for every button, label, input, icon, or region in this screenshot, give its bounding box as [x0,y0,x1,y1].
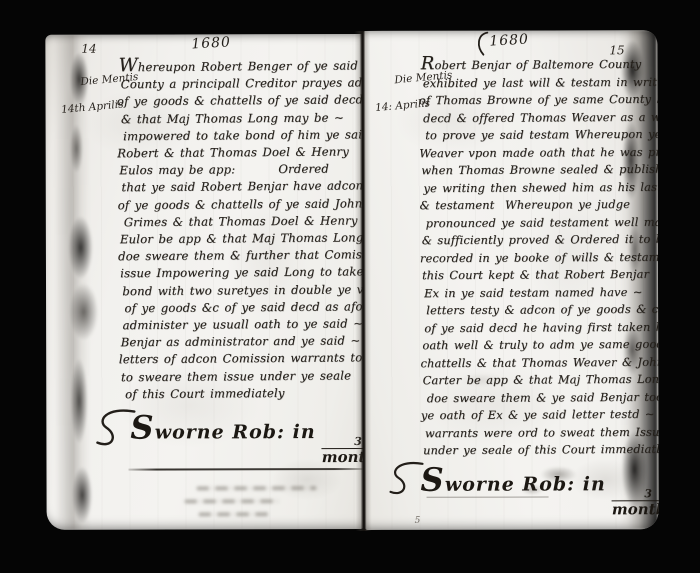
signature-denominator: monthes [612,500,659,517]
manuscript-line: of ye goods &c of ye said decd as afores… [124,298,364,317]
manuscript-line: of Thomas Browne of ye same County late [419,91,653,110]
manuscript-line: doe sweare them & further that Comission [118,247,365,266]
entry-divider-rule-left [128,468,362,471]
manuscript-line: oath well & truly to adm ye same goods & [422,336,654,355]
manuscript-line: when Thomas Browne sealed & published [421,161,653,180]
manuscript-line: & testament Whereupon ye judge [420,196,654,215]
manuscript-line: letters testy & adcon of ye goods & chat… [426,301,654,320]
signature-right: Sworne Rob: in3monthes [420,460,658,518]
manuscript-line: chattells & that Thomas Weaver & John [421,353,655,372]
manuscript-line: County a principall Creditor prayes adco… [121,75,365,94]
manuscript-line: Benjar as administrator and ye said ~ [121,333,365,352]
manuscript-line: under ye seale of this Court immediatly [423,441,655,460]
manuscript-line: that ye said Robert Benjar have adcon [121,178,364,197]
manuscript-line: letters of adcon Comission warrants to a… [119,350,365,369]
manuscript-line: to prove ye said testam Whereupon ye sai… [425,126,653,145]
bleed-through-text [199,512,269,516]
pen-flourish-icon [475,31,489,57]
signature-numerator: 3 [644,488,652,499]
manuscript-line: of ye goods & chattells of ye said decd [117,92,365,111]
manuscript-line: of this Court immediately [125,384,365,403]
manuscript-photo: 14 1680 Die Mentis 14th Aprilis Whereupo… [0,0,700,573]
manuscript-line: exhibited ye last will & testam in writi… [423,73,653,92]
signature-left: Sworne Rob: in3monthes [130,408,364,466]
manuscript-line: Grimes & that Thomas Doel & Henry [124,212,365,231]
manuscript-line: Carter be app & that Maj Thomas Long [423,371,655,390]
manuscript-line: Eulos may be app: Ordered [119,161,364,180]
manuscript-text-right: Robert Benjar of Baltemore Countyexhibit… [421,54,655,460]
manuscript-text-left: Whereupon Robert Benger of ye saidCounty… [119,55,365,403]
page-number-left: 14 [81,42,96,56]
signature-text: Sworne Rob: in [420,460,605,498]
manuscript-line: & that Maj Thomas Long may be ~ [121,109,365,128]
manuscript-line: warrants were ord to sweat them Issued [425,423,655,442]
manuscript-line: doe sweare them & ye said Benjar tooke [427,388,655,407]
manuscript-line: Whereupon Robert Benger of ye said [119,55,365,76]
manuscript-line: ye writing then shewed him as his last w… [423,178,653,197]
manuscript-line: recorded in ye booke of wills & testam i… [420,248,654,267]
manuscript-line: administer ye usuall oath to ye said ~ [123,315,365,334]
signature-text: Sworne Rob: in [130,408,315,446]
manuscript-line: this Court kept & that Robert Benjar [422,266,654,285]
right-page: 1680 15 Die Mentis 14: Aprilis Robert Be… [363,30,658,530]
manuscript-line: of ye goods & chattells of ye said John [118,195,365,214]
manuscript-line: to sweare them issue under ye seale [121,367,365,386]
book-gutter-fold [354,31,371,531]
bleed-through-text [185,499,280,503]
manuscript-line: ye oath of Ex & ye said letter testd ~ [421,406,655,425]
year-heading-left: 1680 [191,34,231,52]
book-spread: 14 1680 Die Mentis 14th Aprilis Whereupo… [45,30,658,533]
manuscript-line: Weaver vpon made oath that he was presen… [419,143,653,162]
manuscript-line: Ex in ye said testam named have ~ [424,283,654,302]
gutter-folio-mark: 5 [415,516,421,526]
bleed-through-text [197,486,317,490]
manuscript-line: of ye said decd he having first taken hi… [424,318,654,337]
manuscript-line: Eulor be app & that Maj Thomas Long [120,229,365,248]
signature-duration: 3monthes [612,488,659,517]
manuscript-line: pronounced ye said testament well made [426,213,654,232]
left-page: 14 1680 Die Mentis 14th Aprilis Whereupo… [45,34,364,530]
manuscript-line: Robert & that Thomas Doel & Henry [117,143,364,162]
manuscript-line: impowered to take bond of him ye said [123,126,365,145]
manuscript-line: decd & offered Thomas Weaver as a witnes… [423,108,653,127]
manuscript-line: bond with two suretyes in double ye valu… [122,281,364,300]
manuscript-line: Robert Benjar of Baltemore County [421,54,653,75]
manuscript-line: issue Impowering ye said Long to take — [120,264,365,283]
year-heading-right: 1680 [489,32,529,50]
manuscript-line: & sufficiently proved & Ordered it to be [422,231,654,250]
